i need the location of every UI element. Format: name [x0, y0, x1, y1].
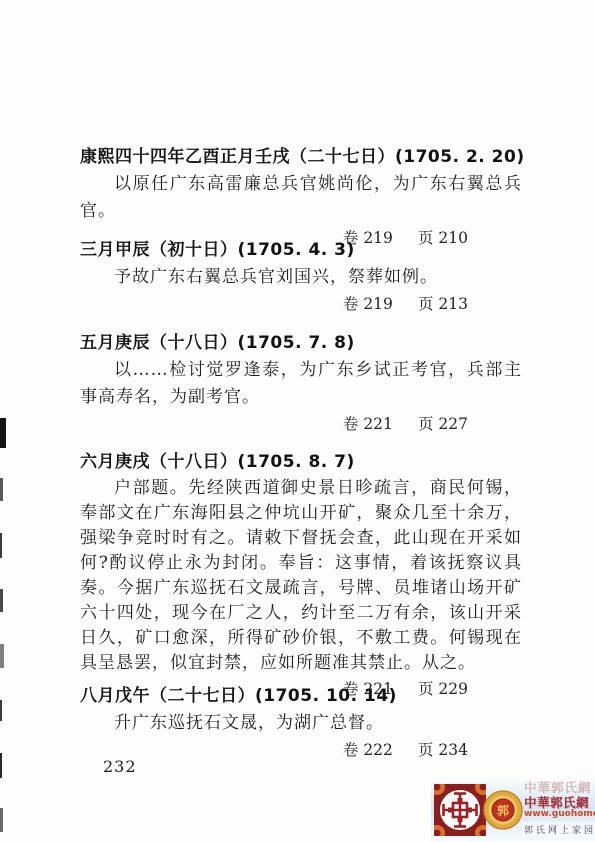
binding-mark [0, 533, 2, 558]
binding-mark [0, 808, 3, 832]
entry-body-text: 户部题。先经陕西道御史景日昣疏言，商民何锡，奉部文在广东海阳县之仲坑山开矿，聚众… [80, 476, 522, 676]
svg-text:郭: 郭 [497, 803, 509, 818]
page-reference: 页 234 [418, 741, 468, 759]
entry-body-text: 以……检讨觉罗逢泰，为广东乡试正考官，兵部主事高寿名，为副考官。 [80, 357, 522, 411]
entry-source-reference: 卷 219 页 213 [80, 291, 522, 318]
volume-reference: 卷 219 [343, 295, 393, 313]
binding-mark [0, 478, 3, 501]
entry-body-text: 予故广东右翼总兵官刘国兴，祭葬如例。 [80, 264, 522, 291]
page-reference: 页 213 [418, 295, 468, 313]
entry-body-text: 升广东巡抚石文晟，为湖广总督。 [80, 710, 522, 737]
entry-date-heading: 康熙四十四年乙酉正月壬戌（二十七日）(1705. 2. 20) [80, 144, 522, 171]
volume-reference: 卷 221 [343, 415, 393, 433]
entry-date-heading: 五月庚辰（十八日）(1705. 7. 8) [80, 330, 522, 357]
entry-source-reference: 卷 221 页 227 [80, 411, 522, 438]
record-entry: 三月甲辰（初十日）(1705. 4. 3) 予故广东右翼总兵官刘国兴，祭葬如例。… [80, 237, 522, 318]
guoshi-emblem-seal-icon [434, 784, 486, 840]
binding-mark [0, 418, 6, 448]
guohome-watermark-banner: 郭 中華郭氏網 中華郭氏網 www.guohome.org 郭氏网上家园 [431, 781, 595, 842]
entry-date-heading: 三月甲辰（初十日）(1705. 4. 3) [80, 237, 522, 264]
record-entry: 六月庚戌（十八日）(1705. 8. 7) 户部题。先经陕西道御史景日昣疏言，商… [80, 449, 522, 703]
binding-mark [0, 753, 2, 778]
entry-source-reference: 卷 222 页 234 [80, 737, 522, 764]
page-number: 232 [103, 757, 137, 776]
entry-date-heading: 八月戊午（二十七日）(1705. 10. 14) [80, 683, 522, 710]
page-reference: 页 227 [418, 415, 468, 433]
scanned-document-page: 康熙四十四年乙酉正月壬戌（二十七日）(1705. 2. 20) 以原任广东高雷廉… [0, 0, 595, 842]
binding-mark [0, 700, 2, 721]
record-entry: 五月庚辰（十八日）(1705. 7. 8) 以……检讨觉罗逢泰，为广东乡试正考官… [80, 330, 522, 438]
site-tagline: 郭氏网上家园 [521, 822, 595, 837]
watermark-text-block: 中華郭氏網 中華郭氏網 www.guohome.org 郭氏网上家园 [521, 783, 594, 840]
entry-body-text: 以原任广东高雷廉总兵官姚尚伦，为广东右翼总兵官。 [80, 171, 522, 225]
entry-date-heading: 六月庚戌（十八日）(1705. 8. 7) [80, 449, 522, 476]
record-entry: 八月戊午（二十七日）(1705. 10. 14) 升广东巡抚石文晟，为湖广总督。… [80, 683, 522, 764]
volume-reference: 卷 222 [343, 741, 393, 759]
binding-mark [0, 589, 3, 612]
site-url: www.guohome.org [524, 809, 595, 819]
guo-coin-seal-icon: 郭 [483, 790, 523, 834]
record-entry: 康熙四十四年乙酉正月壬戌（二十七日）(1705. 2. 20) 以原任广东高雷廉… [80, 144, 522, 252]
binding-mark [0, 644, 4, 668]
